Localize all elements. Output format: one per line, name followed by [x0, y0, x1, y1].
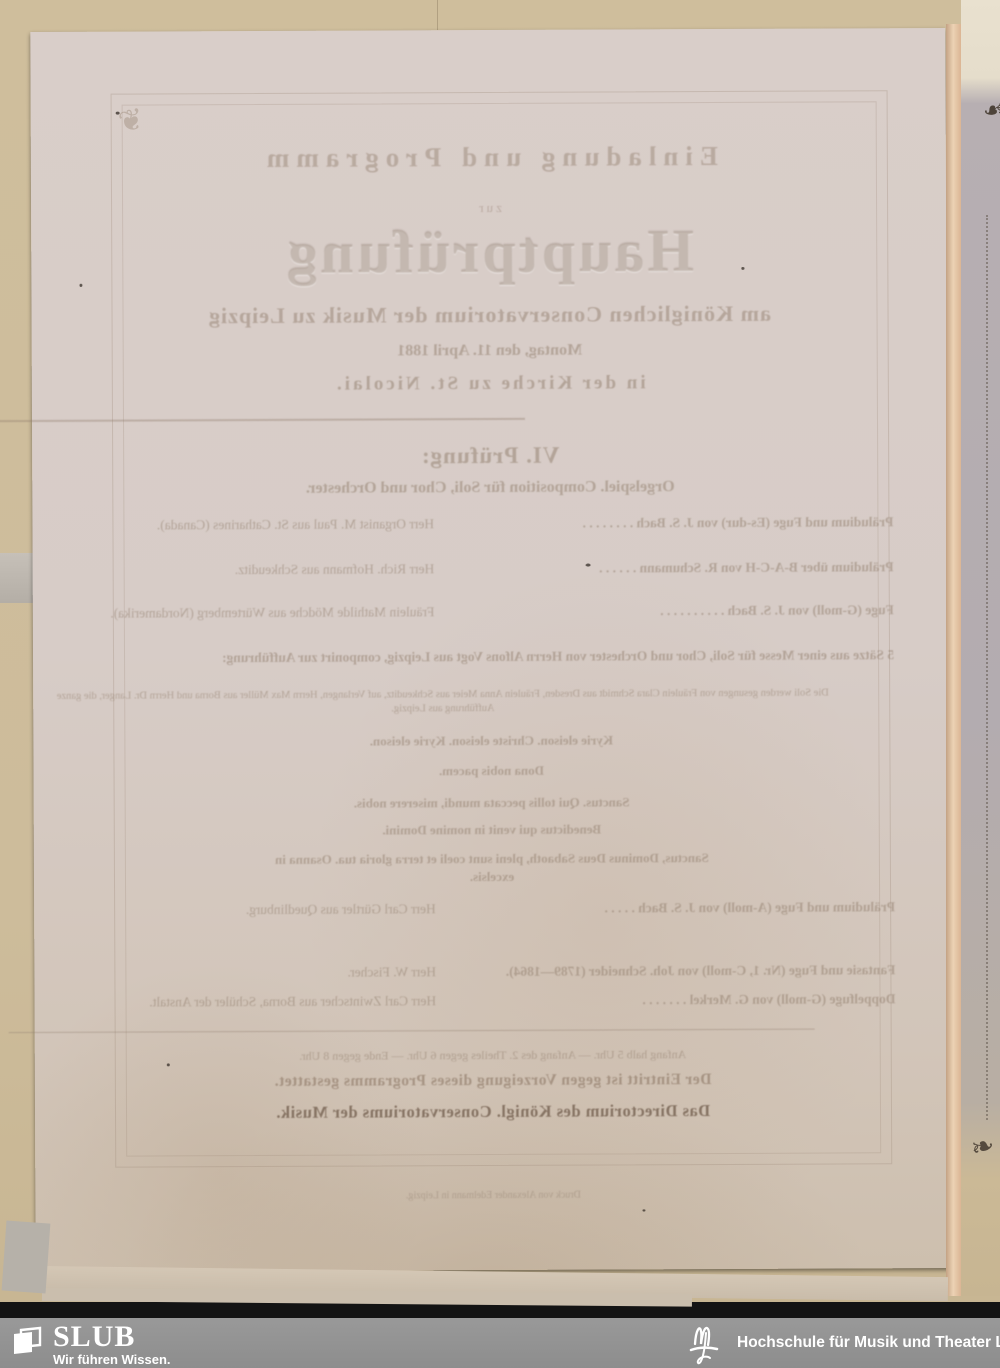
digitized-scan-viewer: { "colors": { "footer_bg": "#8f8f8f", "f…	[0, 0, 1000, 1368]
program-performer: Herr Carl Gürtler aus Quedlinburg.	[89, 900, 436, 919]
branding-footer: SLUB Wir führen Wissen. Hochschule für M…	[0, 1318, 1000, 1368]
program-performer: Herr Organist M. Paul aus St. Catharines…	[87, 515, 434, 534]
bleed-through-text: Einladung und Programm zur Hauptprüfung …	[85, 28, 896, 1272]
bleed-imprint: Druck von Alexander Edelmann in Leipzig.	[90, 1188, 896, 1203]
bleed-eyebrow: Einladung und Programm	[86, 140, 892, 175]
bleed-date: Montag, den 11. April 1881	[87, 340, 893, 362]
program-piece: Fuge (G-moll) von J. S. Bach . . . . . .…	[434, 601, 893, 621]
paper-speck	[167, 1063, 170, 1066]
bleed-rule	[9, 1029, 815, 1034]
bleed-exam-heading: VI. Prüfung:	[87, 441, 893, 471]
bleed-soli-note: Die Soli werden gesungen von Fräulein Cl…	[40, 686, 846, 718]
program-performer: Herr W. Fischer.	[89, 963, 436, 982]
program-performer: Herr Carl Zwintscher aus Borna, Schüler …	[90, 992, 437, 1011]
slub-book-icon	[12, 1325, 42, 1357]
bleed-subtitle: am Königlichen Conservatorium der Musik …	[86, 300, 892, 330]
bleed-title: Hauptprüfung	[86, 216, 892, 289]
bottom-left-paper-tab	[2, 1221, 51, 1294]
program-piece: Präludium über B-A-C-H von R. Schumann .…	[434, 558, 893, 578]
scan-area: ❦ Einladung und Programm zur Hauptprüfun…	[0, 0, 1000, 1318]
program-piece: Präludium und Fuge (A-moll) von J. S. Ba…	[436, 898, 895, 918]
program-piece: Fantasie und Fuge (Nr. 1, C-moll) von Jo…	[436, 961, 895, 981]
bleed-times: Anfang halb 5 Uhr. — Anfang des 2. Theil…	[90, 1046, 896, 1065]
program-piece: 5 Sätze aus einer Messe für Soli, Chor u…	[88, 646, 894, 667]
paper-speck	[642, 1209, 645, 1211]
bleed-latin-line: Sanctus. Qui tollis peccata mundi, miser…	[89, 793, 895, 813]
program-piece: Doppelfuge (G-moll) von G. Merkel . . . …	[436, 990, 895, 1010]
bleed-signature: Das Directorium des Königl. Conservatori…	[90, 1100, 896, 1124]
backing-seam	[437, 0, 438, 30]
hmt-label: Hochschule für Musik und Theater Leipzig	[737, 1334, 1000, 1352]
bleed-program-row: Fantasie und Fuge (Nr. 1, C-moll) von Jo…	[89, 961, 895, 982]
bleed-exam-subheading: Orgelspiel. Composition für Soli, Chor u…	[87, 477, 893, 499]
border-ornament-icon: ❧	[967, 1128, 998, 1167]
bleed-venue: in der Kirche zu St. Nicolai.	[87, 371, 893, 397]
program-piece: Präludium und Fuge (Es-dur) von J. S. Ba…	[434, 513, 893, 533]
program-performer: Herr Rich. Hofmann aus Schkeuditz.	[88, 560, 435, 579]
scanned-page: ❦ Einladung und Programm zur Hauptprüfun…	[30, 28, 950, 1272]
bleed-program-row: Fuge (G-moll) von J. S. Bach . . . . . .…	[88, 601, 894, 622]
slub-tagline: Wir führen Wissen.	[53, 1352, 171, 1367]
bleed-zur: zur	[86, 198, 892, 218]
bleed-program-row: 5 Sätze aus einer Messe für Soli, Chor u…	[88, 646, 894, 667]
bleed-divider	[0, 418, 525, 424]
decorative-dotted-border	[986, 215, 988, 1120]
page-fore-edge-band	[946, 24, 962, 1296]
bleed-notice: Der Eintritt ist gegen Vorzeigung dieses…	[90, 1070, 896, 1092]
bleed-latin-line: Dona nobis pacem.	[88, 761, 894, 781]
paper-speck	[79, 284, 82, 287]
bleed-program-row: Präludium und Fuge (A-moll) von J. S. Ba…	[89, 898, 895, 919]
bleed-latin-line: Kyrie eleison. Christe eleison. Kyrie el…	[88, 731, 894, 751]
border-ornament-icon: ❧	[981, 95, 1000, 128]
bleed-latin-line: Benedictus qui venit in nomine Domini.	[89, 820, 895, 840]
slub-logo-link[interactable]: SLUB Wir führen Wissen.	[12, 1323, 171, 1367]
paper-speck	[116, 112, 120, 115]
bleed-program-row: Präludium und Fuge (Es-dur) von J. S. Ba…	[87, 513, 893, 534]
left-paper-tab	[0, 553, 35, 603]
bleed-latin-line: Sanctus, Dominus Deus Sabaoth, pleni sun…	[258, 849, 726, 886]
bleed-program-row: Präludium über B-A-C-H von R. Schumann .…	[88, 558, 894, 579]
program-performer: Fräulein Mathilde Mödche aus Würtemberg …	[88, 603, 435, 622]
paper-speck	[741, 267, 744, 270]
slub-wordmark: SLUB	[53, 1323, 171, 1351]
next-page-sliver: ❧ ❧	[961, 0, 1000, 1296]
hmt-logo-icon	[686, 1320, 722, 1366]
paper-speck	[586, 564, 591, 567]
hmt-logo-link[interactable]: Hochschule für Musik und Theater Leipzig	[686, 1318, 1000, 1368]
bleed-program-row: Doppelfuge (G-moll) von G. Merkel . . . …	[89, 990, 895, 1011]
